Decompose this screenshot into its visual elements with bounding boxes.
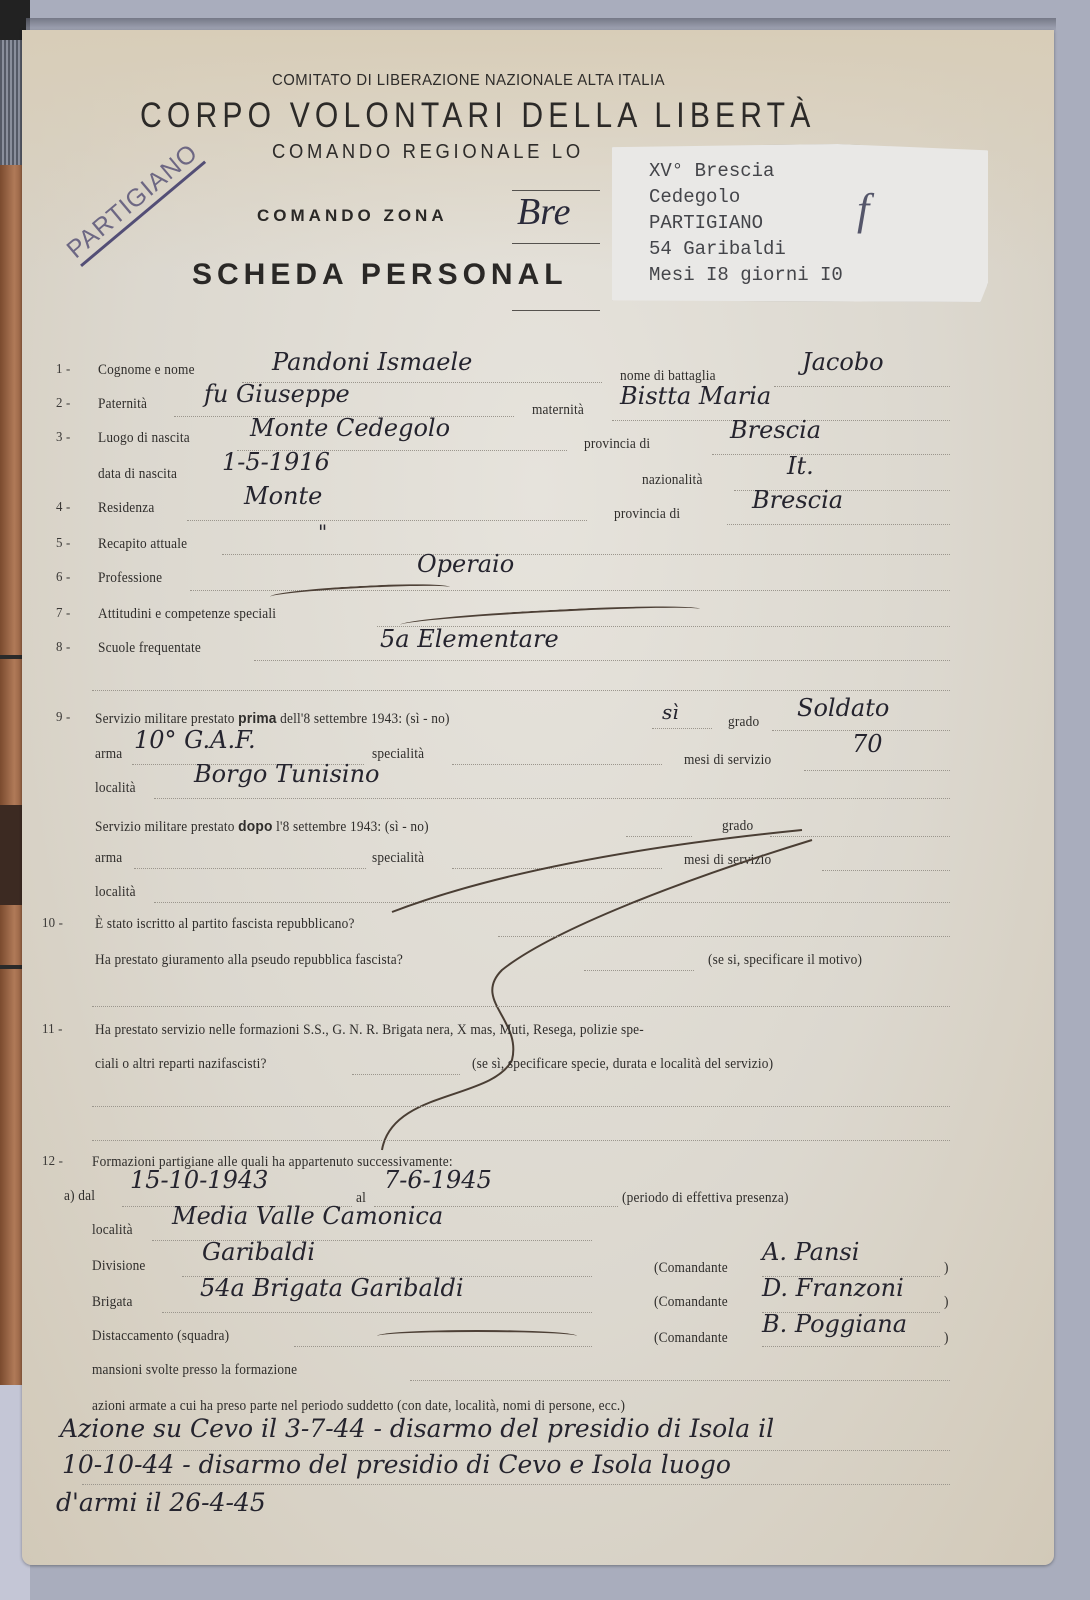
- arm-label: arma: [95, 746, 122, 763]
- birthplace-label: Luogo di nascita: [98, 430, 190, 447]
- arm-after-label: arma: [95, 850, 122, 867]
- period-from-label: a) dal: [64, 1188, 95, 1205]
- military-before-yes-no-value[interactable]: sì: [662, 700, 679, 724]
- paren-close: ): [944, 1330, 949, 1347]
- paternity-label: Paternità: [98, 396, 147, 413]
- header-corps: CORPO VOLONTARI DELLA LIBERTÀ: [140, 96, 815, 136]
- paren-close: ): [944, 1294, 949, 1311]
- header-rule: [512, 243, 600, 244]
- special-skills-label: Attitudini e competenze speciali: [98, 606, 276, 623]
- birth-province-label: provincia di: [584, 436, 650, 453]
- residence-province-value[interactable]: Brescia: [752, 486, 843, 514]
- nationality-value[interactable]: It.: [787, 452, 814, 480]
- location-after-label: località: [95, 884, 136, 901]
- personal-record-sheet: COMITATO DI LIBERAZIONE NAZIONALE ALTA I…: [22, 30, 1054, 1565]
- field-number: 4 -: [56, 500, 71, 516]
- maternity-label: maternità: [532, 402, 584, 419]
- brigade-value[interactable]: 54a Brigata Garibaldi: [200, 1274, 464, 1302]
- label-line: 54 Garibaldi: [649, 238, 786, 260]
- rank-label: grado: [728, 714, 759, 731]
- residence-label: Residenza: [98, 500, 154, 517]
- armed-actions-label: azioni armate a cui ha preso parte nel p…: [92, 1398, 625, 1415]
- field-number: 1 -: [56, 362, 71, 378]
- maternity-value[interactable]: Bistta Maria: [620, 382, 771, 410]
- field-number: 8 -: [56, 640, 71, 656]
- zone-command-value: Bre: [517, 190, 570, 234]
- nazifascist-service-hint: (se sì, specificare specie, durata e loc…: [472, 1056, 773, 1073]
- period-note: (periodo di effettiva presenza): [622, 1190, 789, 1207]
- fascist-party-label: È stato iscritto al partito fascista rep…: [95, 916, 355, 933]
- paren-close: ): [944, 1260, 949, 1277]
- paternity-value[interactable]: fu Giuseppe: [204, 380, 350, 408]
- division-label: Divisione: [92, 1258, 146, 1275]
- arm-value[interactable]: 10° G.A.F.: [134, 726, 256, 754]
- birthdate-value[interactable]: 1-5-1916: [222, 448, 330, 476]
- period-from-value[interactable]: 15-10-1943: [130, 1166, 268, 1194]
- rank-value[interactable]: Soldato: [797, 694, 889, 722]
- cancel-strike-stroke: [352, 820, 822, 1160]
- brigade-commander-value[interactable]: D. Franzoni: [762, 1274, 904, 1302]
- document-title: SCHEDA PERSONAL: [192, 258, 568, 292]
- header-committee: COMITATO DI LIBERAZIONE NAZIONALE ALTA I…: [272, 72, 665, 90]
- field-number: 10 -: [42, 916, 63, 932]
- nazifascist-service-label: Ha prestato servizio nelle formazioni S.…: [95, 1022, 644, 1039]
- oath-label: Ha prestato giuramento alla pseudo repub…: [95, 952, 403, 969]
- profession-label: Professione: [98, 570, 162, 587]
- detachment-commander-label: (Comandante: [654, 1330, 728, 1347]
- service-months-label: mesi di servizio: [684, 752, 771, 769]
- current-address-value[interactable]: ": [318, 520, 327, 544]
- zone-command-label: COMANDO ZONA: [257, 206, 448, 226]
- label-line: XV° Brescia: [649, 160, 774, 182]
- label-line: PARTIGIANO: [649, 212, 763, 234]
- brigade-commander-label: (Comandante: [654, 1294, 728, 1311]
- field-number: 7 -: [56, 606, 71, 622]
- residence-value[interactable]: Monte: [244, 482, 322, 510]
- formation-location-label: località: [92, 1222, 133, 1239]
- battle-name-value[interactable]: Jacobo: [802, 348, 884, 376]
- surname-name-label: Cognome e nome: [98, 362, 195, 379]
- current-address-label: Recapito attuale: [98, 536, 187, 553]
- binder-spine: [0, 165, 24, 1385]
- label-line: Cedegolo: [649, 186, 740, 208]
- profession-value[interactable]: Operaio: [417, 550, 514, 578]
- location-label: località: [95, 780, 136, 797]
- armed-actions-line[interactable]: Azione su Cevo il 3-7-44 - disarmo del p…: [60, 1414, 774, 1443]
- armed-actions-line[interactable]: 10-10-44 - disarmo del presidio di Cevo …: [62, 1450, 731, 1479]
- schools-label: Scuole frequentate: [98, 640, 201, 657]
- birthplace-value[interactable]: Monte Cedegolo: [250, 414, 450, 442]
- birth-province-value[interactable]: Brescia: [730, 416, 821, 444]
- field-number: 5 -: [56, 536, 71, 552]
- division-commander-value[interactable]: A. Pansi: [762, 1238, 859, 1266]
- field-number: 2 -: [56, 396, 71, 412]
- service-months-value[interactable]: 70: [852, 730, 883, 758]
- division-value[interactable]: Garibaldi: [202, 1238, 315, 1266]
- label-line: Mesi I8 giorni I0: [649, 264, 843, 286]
- handwritten-mark: f: [857, 184, 869, 235]
- detachment-label: Distaccamento (squadra): [92, 1328, 229, 1345]
- field-number: 6 -: [56, 570, 71, 586]
- header-regional-command: COMANDO REGIONALE LO: [272, 141, 584, 164]
- armed-actions-line[interactable]: d'armi il 26-4-45: [56, 1488, 266, 1517]
- division-commander-label: (Comandante: [654, 1260, 728, 1277]
- detachment-commander-value[interactable]: B. Poggiana: [762, 1310, 907, 1338]
- surname-name-value[interactable]: Pandoni Ismaele: [272, 348, 472, 376]
- residence-province-label: provincia di: [614, 506, 680, 523]
- partisan-stamp: PARTIGIANO: [61, 138, 206, 267]
- nationality-label: nazionalità: [642, 472, 703, 489]
- field-number: 3 -: [56, 430, 71, 446]
- duties-label: mansioni svolte presso la formazione: [92, 1362, 297, 1379]
- period-to-value[interactable]: 7-6-1945: [384, 1166, 492, 1194]
- pasted-label: XV° Brescia Cedegolo PARTIGIANO 54 Garib…: [612, 144, 988, 302]
- field-number: 11 -: [42, 1022, 63, 1038]
- nazifascist-service-label-cont: ciali o altri reparti nazifascisti?: [95, 1056, 267, 1073]
- field-number: 12 -: [42, 1154, 63, 1170]
- oath-hint: (se si, specificare il motivo): [708, 952, 862, 969]
- location-value[interactable]: Borgo Tunisino: [194, 760, 380, 788]
- birthdate-label: data di nascita: [98, 466, 177, 483]
- brigade-label: Brigata: [92, 1294, 133, 1311]
- field-number: 9 -: [56, 710, 71, 726]
- header-rule: [512, 310, 600, 311]
- formation-location-value[interactable]: Media Valle Camonica: [172, 1202, 443, 1230]
- schools-value[interactable]: 5a Elementare: [380, 625, 559, 653]
